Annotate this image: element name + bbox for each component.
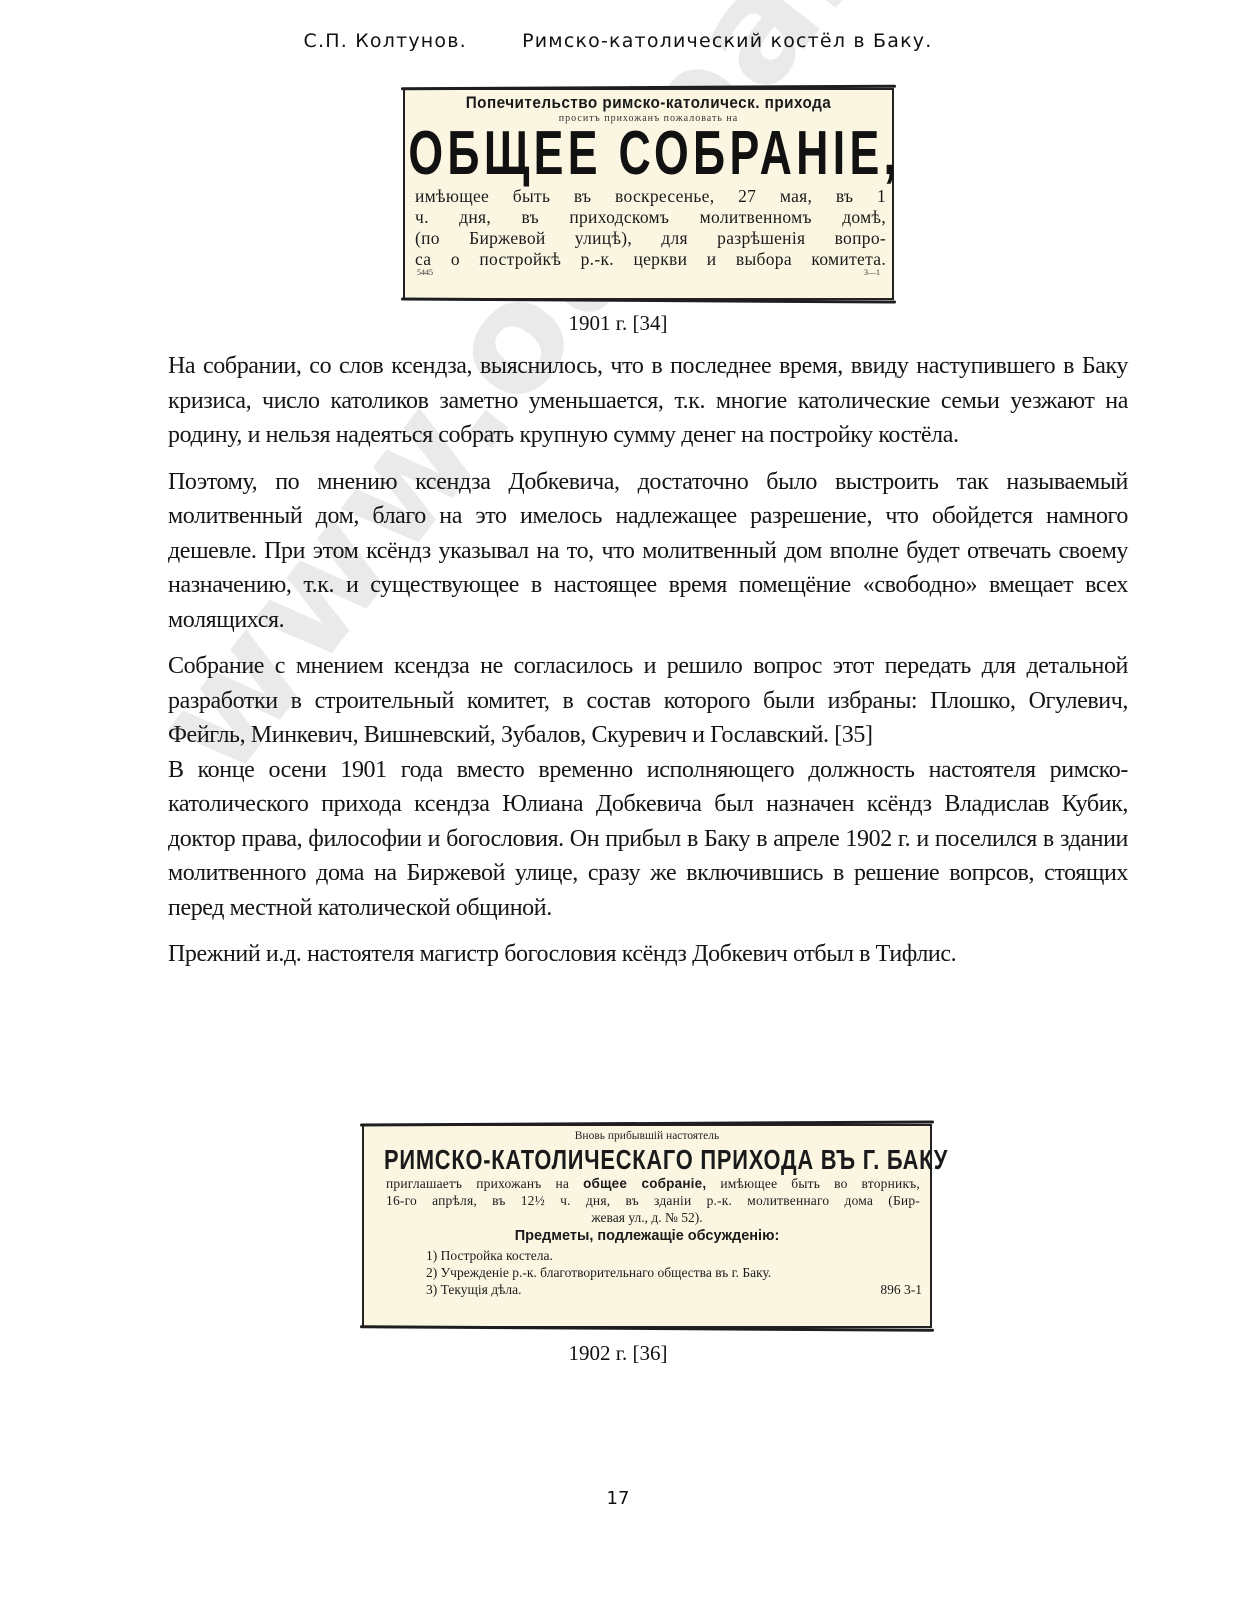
newspaper-clipping-1901: Попечительство римско-католическ. приход… bbox=[403, 88, 894, 300]
subject-text: 3) Текущія дѣла. bbox=[426, 1281, 522, 1298]
clipping-1901-line: са о постройкѣ р.-к. церкви и выбора ком… bbox=[415, 249, 886, 270]
subject-item: 2) Учрежденіе р.-к. благотворительнаго о… bbox=[426, 1264, 930, 1281]
clipping-1901-headline: ОБЩЕЕ СОБРАНІЕ, bbox=[408, 122, 888, 186]
clipping-1902-code: 896 3-1 bbox=[880, 1281, 922, 1298]
clipping-1901-top-line: Попечительство римско-католическ. приход… bbox=[429, 93, 867, 113]
clipping-1902-invite: приглашаетъ прихожанъ на общее собраніе,… bbox=[364, 1175, 930, 1192]
caption-1901: 1901 г. [34] bbox=[0, 311, 1236, 336]
body-text-block: На собрании, со слов ксендза, выяснилось… bbox=[168, 349, 1128, 984]
paragraph: В конце осени 1901 года вместо временно … bbox=[168, 753, 1128, 926]
paragraph: Собрание с мнением ксендза не согласилос… bbox=[168, 649, 1128, 753]
paragraph: Поэтому, по мнению ксендза Добкевича, до… bbox=[168, 465, 1128, 638]
header-title: Римско-католический костёл в Баку. bbox=[522, 30, 932, 52]
clipping-1901-line: ч. дня, въ приходскомъ молитвенномъ домѣ… bbox=[415, 207, 886, 228]
running-header: С.П. Колтунов. Римско-католический костё… bbox=[0, 30, 1236, 52]
subject-text: 2) Учрежденіе р.-к. благотворительнаго о… bbox=[426, 1264, 771, 1281]
clipping-1901-body: имѣющее быть въ воскресенье, 27 мая, въ … bbox=[405, 186, 892, 270]
clipping-1902-top-line: Вновь прибывшій настоятель bbox=[364, 1128, 930, 1145]
paragraph: На собрании, со слов ксендза, выяснилось… bbox=[168, 349, 1128, 453]
clipping-1902-invite-bold: общее собраніе, bbox=[583, 1176, 706, 1191]
clipping-1902-subjects-heading: Предметы, подлежащіе обсужденію: bbox=[364, 1228, 930, 1245]
clipping-1901-footer-right: 3—1 bbox=[864, 268, 880, 277]
clipping-1901-footer-left: 5445 bbox=[417, 268, 433, 277]
clipping-1902-headline: РИМСКО-КАТОЛИЧЕСКАГО ПРИХОДА ВЪ Г. БАКУ bbox=[384, 1145, 935, 1175]
clipping-1901-line: (по Биржевой улицѣ), для разрѣшенія вопр… bbox=[415, 228, 886, 249]
subject-item: 1) Постройка костела. bbox=[426, 1247, 930, 1264]
subject-text: 1) Постройка костела. bbox=[426, 1247, 553, 1264]
clipping-1901-line: имѣющее быть въ воскресенье, 27 мая, въ … bbox=[415, 186, 886, 207]
page-number: 17 bbox=[0, 1488, 1236, 1509]
clipping-1902-line2: 16-го апрѣля, въ 12½ ч. дня, въ зданіи р… bbox=[364, 1192, 930, 1209]
clipping-1902-line3: жевая ул., д. № 52). bbox=[364, 1209, 930, 1226]
newspaper-clipping-1902: Вновь прибывшій настоятель РИМСКО-КАТОЛИ… bbox=[362, 1124, 932, 1328]
caption-1902: 1902 г. [36] bbox=[0, 1341, 1236, 1366]
paragraph: Прежний и.д. настоятеля магистр богослов… bbox=[168, 937, 1128, 972]
clipping-1902-subjects: 1) Постройка костела. 2) Учрежденіе р.-к… bbox=[364, 1247, 930, 1298]
subject-item: 3) Текущія дѣла.896 3-1 bbox=[426, 1281, 930, 1298]
clipping-1902-invite-pre: приглашаетъ прихожанъ на bbox=[386, 1176, 583, 1191]
clipping-1902-invite-post: имѣющее быть во вторникъ, bbox=[706, 1176, 920, 1191]
header-author: С.П. Колтунов. bbox=[304, 30, 467, 52]
